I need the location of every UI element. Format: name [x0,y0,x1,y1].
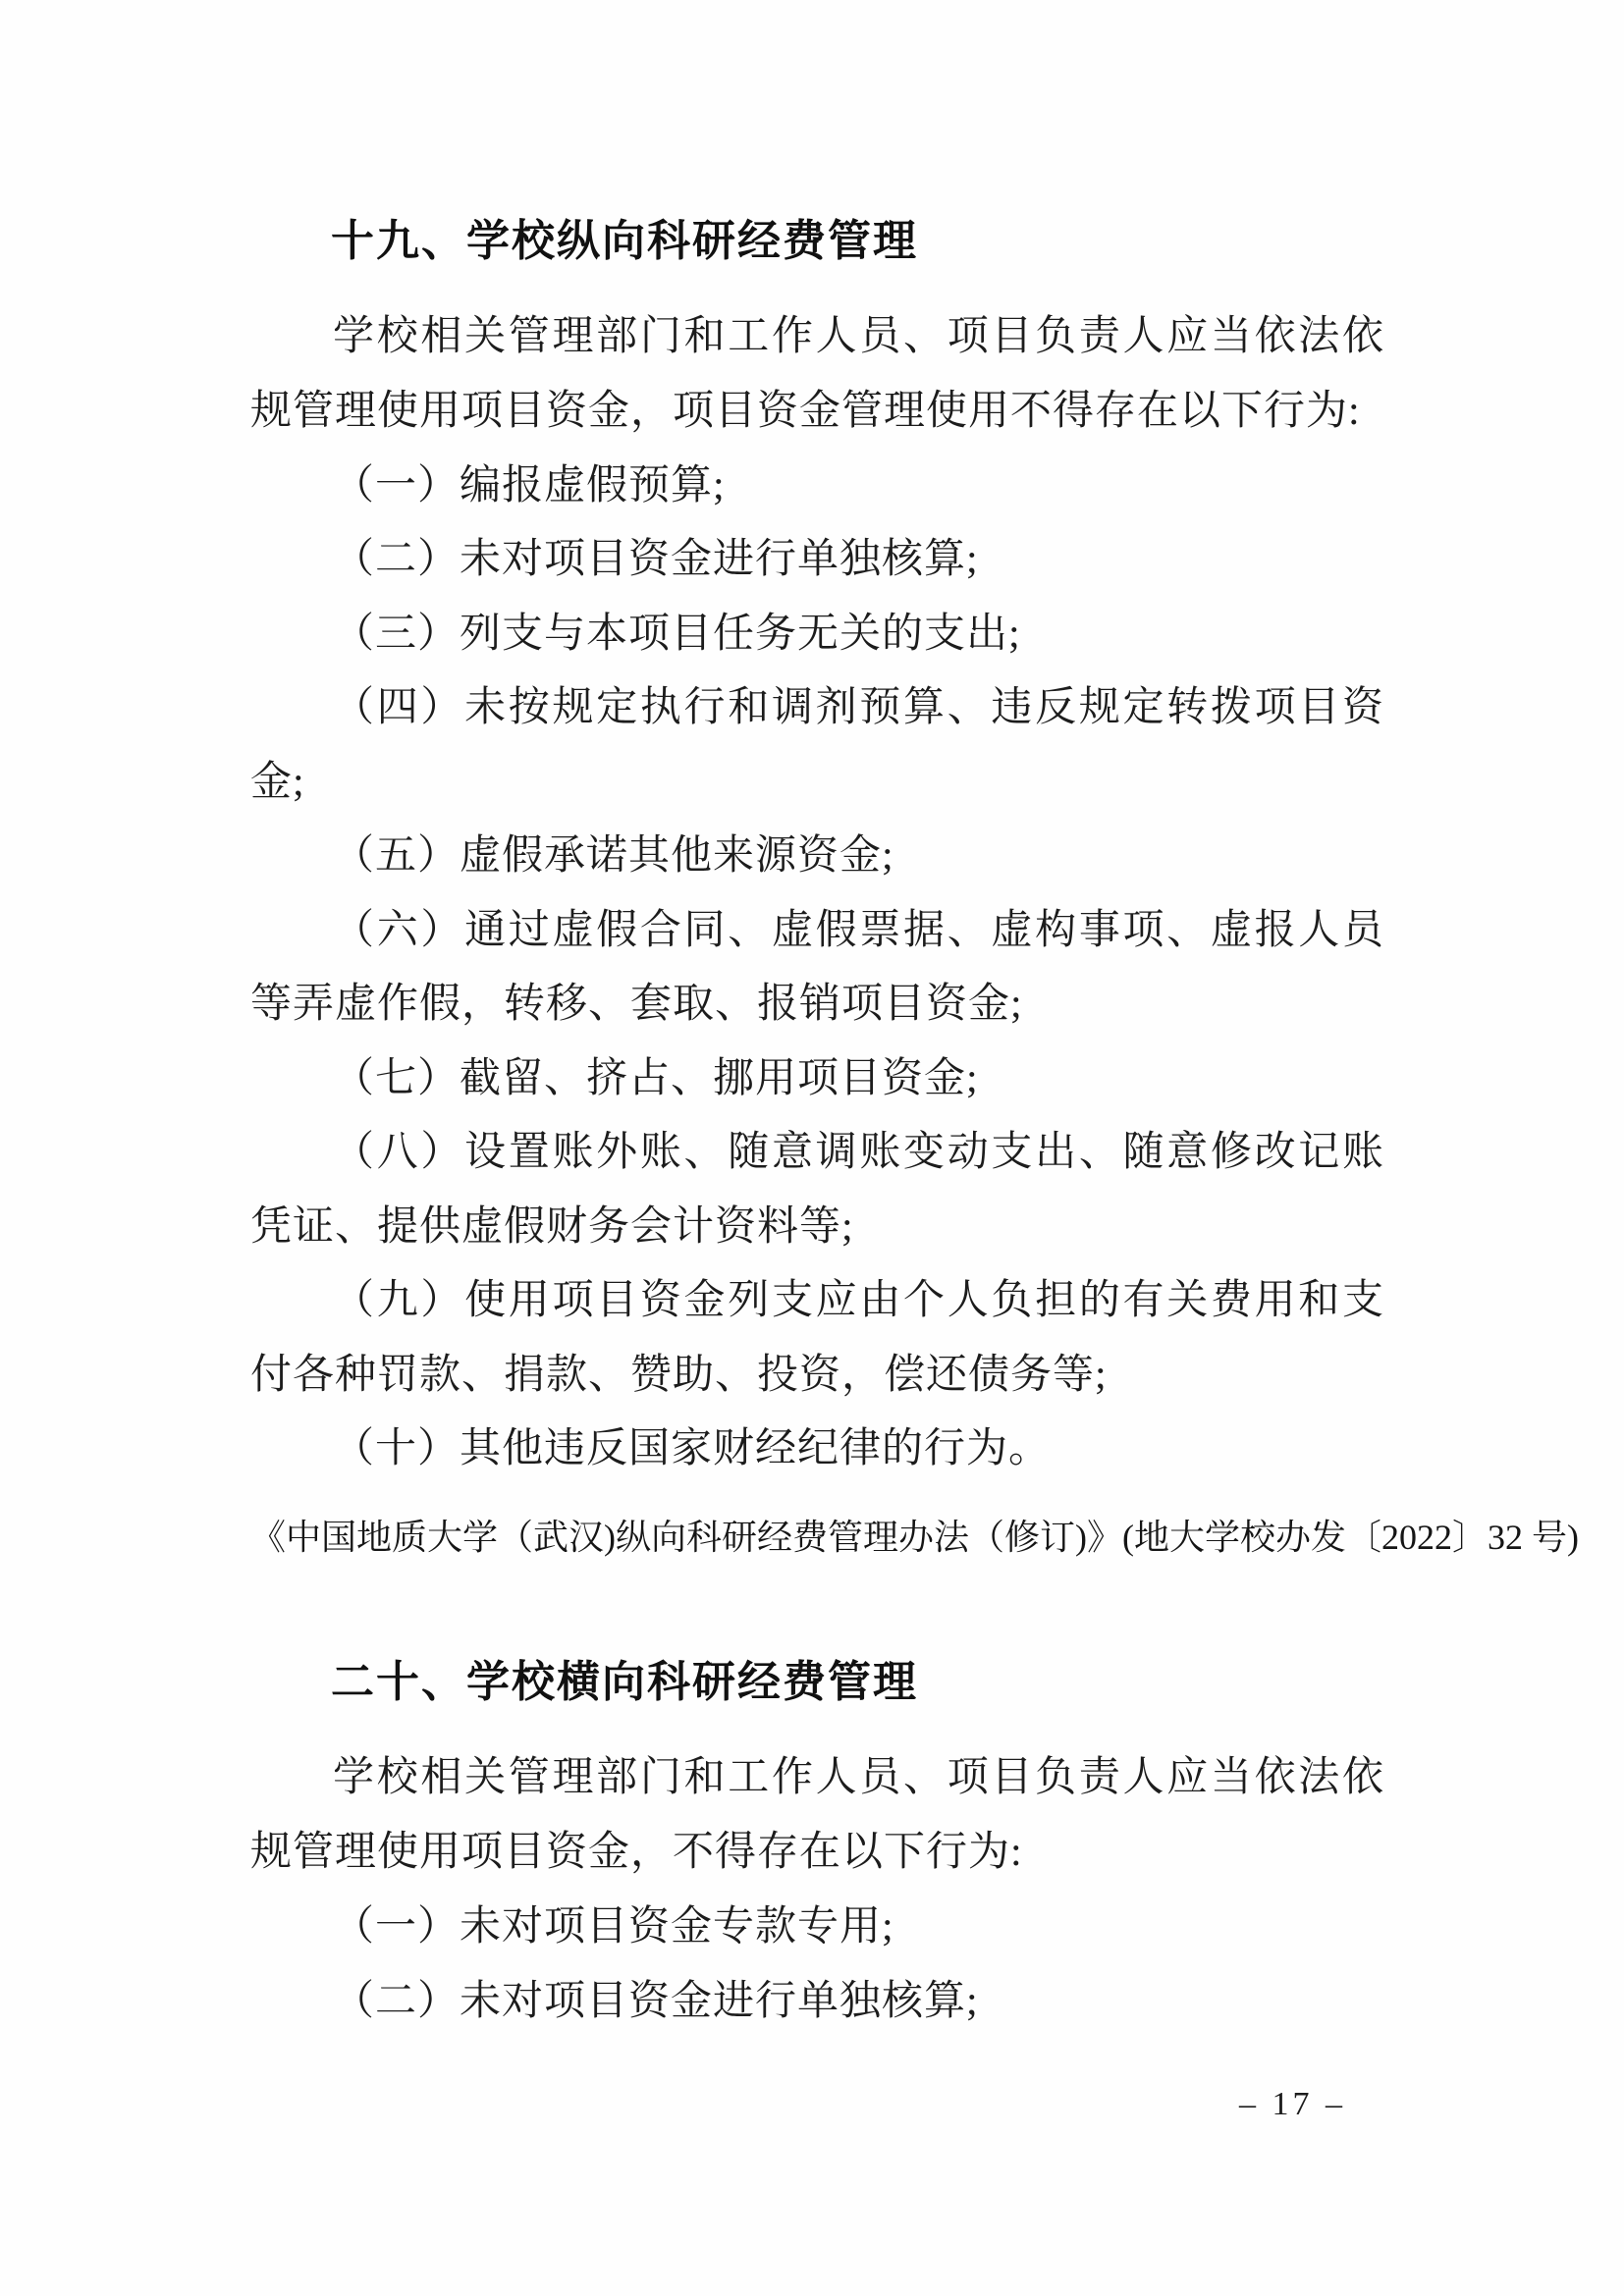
page-number: – 17 – [1239,2085,1346,2124]
section-20-intro-line-1: 学校相关管理部门和工作人员、项目负责人应当依法依 [250,1753,1384,1802]
section-19-item-4-line-1: （四）未按规定执行和调剂预算、违反规定转拨项目资 [250,683,1384,732]
section-19-item-6-line-1: （六）通过虚假合同、虚假票据、虚构事项、虚报人员 [250,906,1384,955]
section-19-item-1: （一）编报虚假预算; [250,461,1384,510]
section-19-item-2: （二）未对项目资金进行单独核算; [250,535,1384,584]
section-19-intro-line-2: 规管理使用项目资金，项目资金管理使用不得存在以下行为: [250,387,1384,436]
section-19-item-7: （七）截留、挤占、挪用项目资金; [250,1054,1384,1103]
document-page: 十九、学校纵向科研经费管理 学校相关管理部门和工作人员、项目负责人应当依法依 规… [0,0,1624,2296]
section-19-item-9-line-1: （九）使用项目资金列支应由个人负担的有关费用和支 [250,1276,1384,1325]
section-19-item-9-line-2: 付各种罚款、捐款、赞助、投资，偿还债务等; [250,1351,1384,1400]
section-20-intro-line-2: 规管理使用项目资金，不得存在以下行为: [250,1828,1384,1877]
section-20-item-2: （二）未对项目资金进行单独核算; [250,1977,1384,2026]
section-19-citation: 《中国地质大学（武汉)纵向科研经费管理办法（修订)》(地大学校办发〔2022〕3… [250,1516,1429,1559]
section-20-item-1: （一）未对项目资金专款专用; [250,1902,1384,1951]
section-19-item-6-line-2: 等弄虚作假，转移、套取、报销项目资金; [250,980,1384,1029]
section-19-item-4-line-2: 金; [250,758,1384,807]
section-19-item-8-line-2: 凭证、提供虚假财务会计资料等; [250,1202,1384,1252]
section-19-intro-line-1: 学校相关管理部门和工作人员、项目负责人应当依法依 [250,312,1384,361]
section-19-item-10: （十）其他违反国家财经纪律的行为。 [250,1424,1384,1473]
section-19-item-3: （三）列支与本项目任务无关的支出; [250,610,1384,659]
section-20-heading: 二十、学校横向科研经费管理 [250,1657,1384,1708]
section-19-item-8-line-1: （八）设置账外账、随意调账变动支出、随意修改记账 [250,1128,1384,1177]
section-19-heading: 十九、学校纵向科研经费管理 [250,216,1384,267]
section-19-item-5: （五）虚假承诺其他来源资金; [250,831,1384,881]
